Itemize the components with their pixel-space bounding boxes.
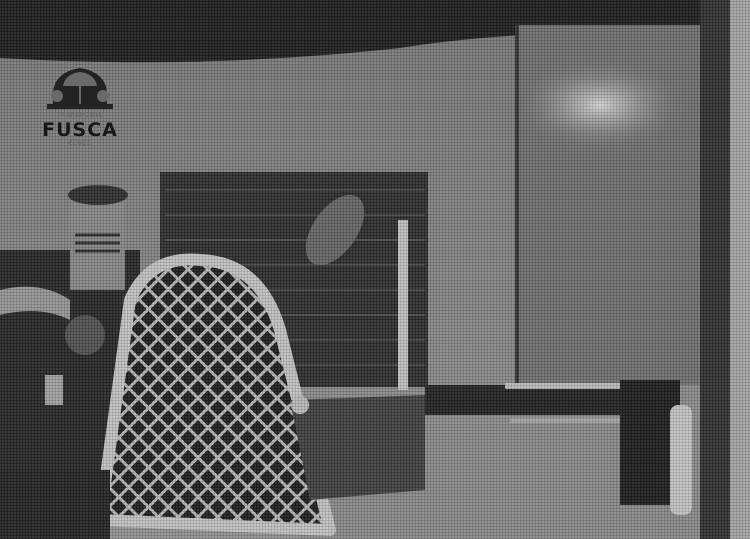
beetle-car-icon bbox=[43, 62, 117, 112]
logo-main-text: FUSCA bbox=[30, 120, 130, 140]
logo-bottom-text: CLUBE bbox=[30, 140, 130, 148]
engine-bay-photo: TRANSPORTE FUSCA CLUBE bbox=[0, 0, 750, 539]
light-reflection bbox=[515, 60, 685, 150]
watermark-logo: TRANSPORTE FUSCA CLUBE bbox=[30, 62, 130, 172]
